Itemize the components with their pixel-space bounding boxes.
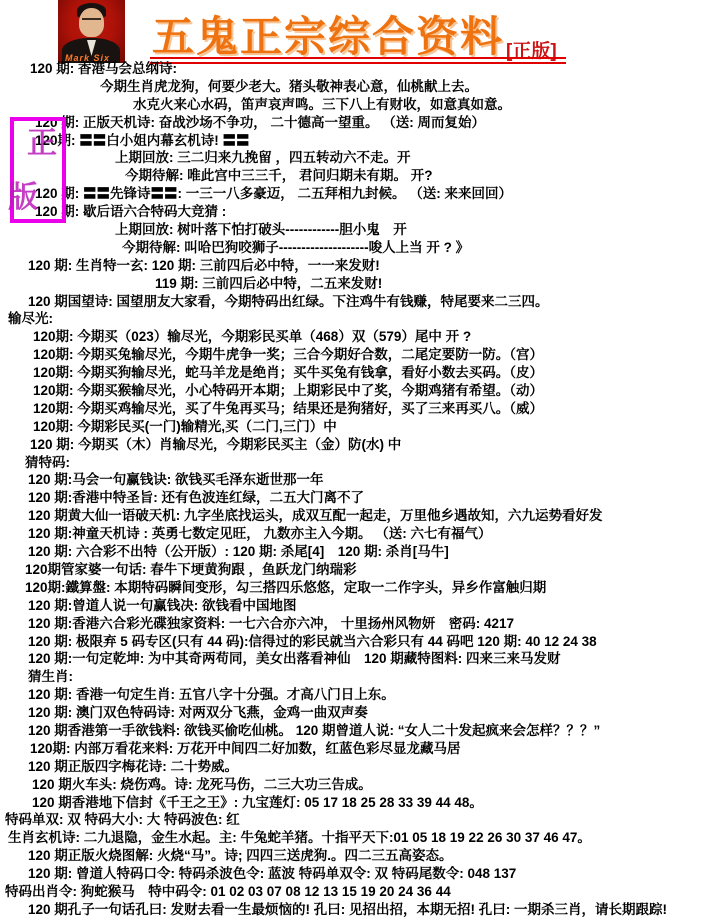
- text-line: 120期: 今期买兔输尽光，今期牛虎争一奖；三合今期好合数，二尾定要防一防。（宫…: [0, 346, 720, 364]
- text-line: 120 期香港第一手欲钱料: 欲钱买偷吃仙桃。 120 期曾道人说: “女人二十…: [0, 722, 720, 740]
- text-line: 120 期:香港中特圣旨: 还有色波连红绿，二五大门离不了: [0, 489, 720, 507]
- text-line: 120 期: 正版天机诗: 奋战沙场不争功， 二十德高一望重。 （送: 周而复始…: [0, 114, 720, 132]
- text-line: 120期: 今期买（023）输尽光，今期彩民买单（468）双（579）尾中 开 …: [0, 328, 720, 346]
- text-line: 120期:鐵算盤: 本期特码瞬间变形，勾三搭四乐悠悠，定取一二作字头，异乡作富触…: [0, 579, 720, 597]
- text-line: 120 期: 曾道人特码口令: 特码杀波色令: 蓝波 特码单双令: 双 特码尾数…: [0, 865, 720, 883]
- lottery-info-page: Mark Six 五鬼正宗综合资料 [正版] 正 版 120 期: 香港马会总纲…: [0, 0, 720, 920]
- text-line: 120 期: 生肖特一玄: 120 期: 三前四后必中特，一一来发财!: [0, 257, 720, 275]
- text-line: 120 期: 歇后语六合特码大竞猜 :: [0, 203, 720, 221]
- text-line: 119 期: 三前四后必中特，二五来发财!: [0, 275, 720, 293]
- text-line: 120 期: 极限弃 5 码专区(只有 44 码):信得过的彩民就当六合彩只有 …: [0, 633, 720, 651]
- text-line: 今期生肖虎龙狗，何要少老大。猪头敬神表心意，仙桃献上去。: [0, 78, 720, 96]
- text-line: 特码单双: 双 特码大小: 大 特码波色: 红: [0, 811, 720, 829]
- text-line: 120 期国望诗: 国望朋友大家看，今期特码出红绿。下注鸡牛有钱赚，特尾要来二三…: [0, 293, 720, 311]
- text-line: 上期回放: 三二归来九挽留 ，四五转动六不走。开: [0, 149, 720, 167]
- text-line: 120 期: 香港一句定生肖: 五官八字十分强。才高八门日上东。: [0, 686, 720, 704]
- text-line: 120期: 〓〓白小姐内幕玄机诗! 〓〓: [0, 132, 720, 150]
- text-line: 120 期:马会一句赢钱诀: 欲钱买毛泽东逝世那一年: [0, 471, 720, 489]
- text-line: 120 期: 今期买（木）肖输尽光，今期彩民买主（金）防(水) 中: [0, 436, 720, 454]
- text-line: 120 期正版火烧图解: 火烧“马”。诗; 四四三送虎狗.。四二三五高姿态。: [0, 847, 720, 865]
- text-line: 上期回放: 树叶落下怕打破头------------胆小鬼 开: [0, 221, 720, 239]
- text-line: 猜生肖:: [0, 668, 720, 686]
- host-photo: Mark Six: [58, 0, 125, 63]
- text-line: 120 期火车头: 烧伤鸡。诗: 龙死马伤，二三大功三告成。: [0, 776, 720, 794]
- photo-glasses: [82, 18, 101, 25]
- text-line: 120期: 内部万看花来料: 万花开中间四二好加数，红蓝色彩尽显龙藏马居: [0, 740, 720, 758]
- text-line: 生肖玄机诗: 二九退隐，金生水起。主: 牛兔蛇羊猪。十指平天下:01 05 18…: [0, 829, 720, 847]
- text-line: 今期待解: 唯此宫中三三千， 君问归期未有期。 开?: [0, 167, 720, 185]
- text-line: 120 期: 澳门双色特码诗: 对两双分飞燕，金鸡一曲双声奏: [0, 704, 720, 722]
- text-line: 120 期: 香港马会总纲诗:: [0, 60, 720, 78]
- text-line: 输尽光:: [0, 310, 720, 328]
- text-line: 120 期孔子一句话孔曰: 发财去看一生最烦恼的! 孔曰: 见招出招，本期无招!…: [0, 901, 720, 919]
- text-line: 120期: 今期买鸡输尽光，买了牛兔再买马；结果还是狗猪好，买了三来再买八。（威…: [0, 400, 720, 418]
- text-line: 猜特码:: [0, 454, 720, 472]
- text-line: 特码出肖令: 狗蛇猴马 特中码令: 01 02 03 07 08 12 13 1…: [0, 883, 720, 901]
- text-line: 120期: 今期彩民买(一门)输精光,买（二门,三门）中: [0, 418, 720, 436]
- page-title[interactable]: 五鬼正宗综合资料: [152, 4, 504, 64]
- text-line: 120 期: 六合彩不出特（公开版）: 120 期: 杀尾[4] 120 期: …: [0, 543, 720, 561]
- text-line: 120 期:曾道人说一句赢钱决: 欲钱看中国地图: [0, 597, 720, 615]
- text-line: 120 期黄大仙一语破天机: 九字坐底找运头，成双互配一起走，万里他乡遇故知，六…: [0, 507, 720, 525]
- text-line: 120期: 今期买猴输尽光，小心特码开本期；上期彩民中了奖，今期鸡猪有希望。（动…: [0, 382, 720, 400]
- content-lines: 120 期: 香港马会总纲诗:今期生肖虎龙狗，何要少老大。猪头敬神表心意，仙桃献…: [0, 60, 720, 919]
- text-line: 120期管家婆一句话: 春牛下埂黄狗跟 ，鱼跃龙门纳瑞彩: [0, 561, 720, 579]
- text-line: 水克火来心水码，笛声哀声鸣。三下八上有财收，如意真如意。: [0, 96, 720, 114]
- text-line: 120 期:一句定乾坤: 为中其奇两苟同，美女出落看神仙 120 期藏特图料: …: [0, 650, 720, 668]
- text-line: 120 期正版四字梅花诗: 二十势威。: [0, 758, 720, 776]
- text-line: 今期待解: 叫哈巴狗咬狮子--------------------唆人上当 开 …: [0, 239, 720, 257]
- text-line: 120 期香港地下信封《千王之王》: 九宝莲灯: 05 17 18 25 28 …: [0, 794, 720, 812]
- text-line: 120 期: 〓〓先锋诗〓〓: 一三一八多豪迈， 二五拜相九封候。 （送: 来来…: [0, 185, 720, 203]
- text-line: 120期: 今期买狗输尽光，蛇马羊龙是绝肖；买牛买兔有钱拿，看好小数去买码。（皮…: [0, 364, 720, 382]
- text-line: 120 期:香港六合彩光碟独家资料: 一七六合亦六冲， 十里扬州风物妍 密码: …: [0, 615, 720, 633]
- text-line: 120 期:神童天机诗 : 英勇七数定见旺， 九数亦主入今期。 （送: 六七有福…: [0, 525, 720, 543]
